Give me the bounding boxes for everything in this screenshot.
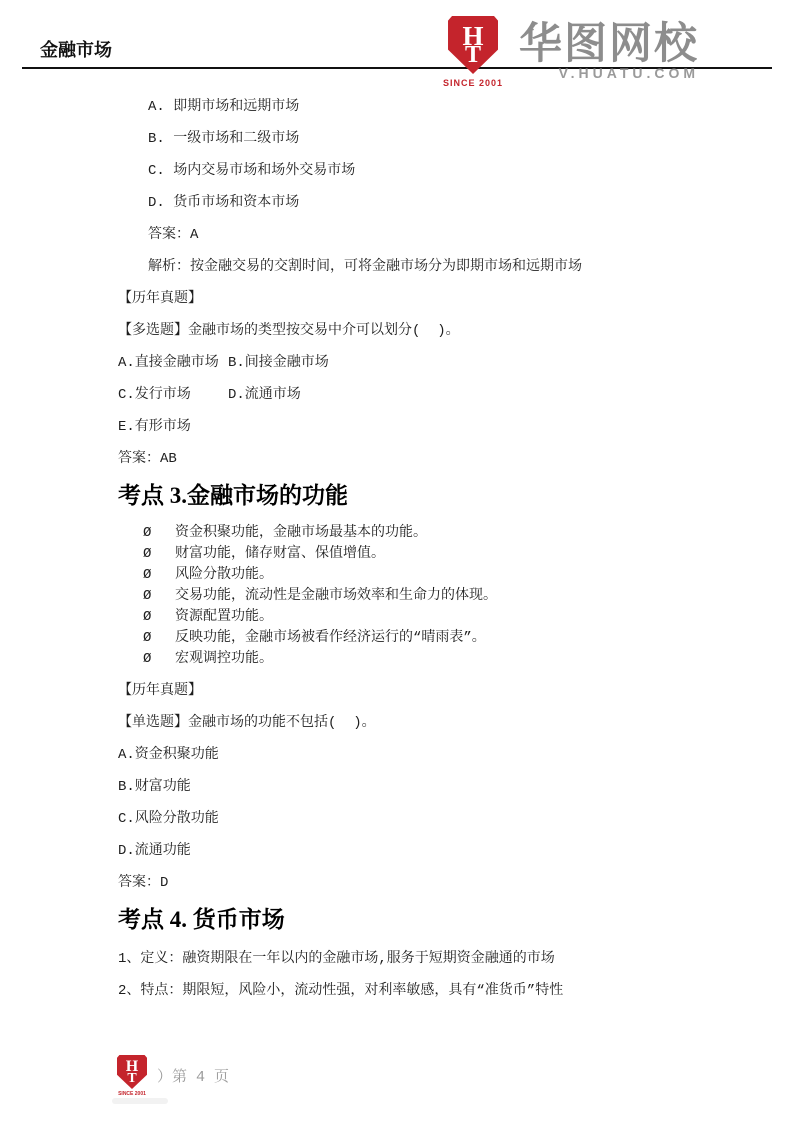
page-number: ）第 4 页 [157,1065,229,1086]
list-item: Ø 交易功能，流动性是金融市场效率和生命力的体现。 [143,586,793,607]
list-item: Ø 资金积聚功能，金融市场最基本的功能。 [143,523,793,544]
arrow-bullet-icon: Ø [143,607,175,628]
option-line: C.风险分散功能 [0,809,793,829]
footer: H T SINCE 2001 ）第 4 页 [117,1055,229,1097]
option-row: A.直接金融市场 B.间接金融市场 [0,353,793,373]
option-cell: C.发行市场 [118,385,228,405]
arrow-bullet-icon: Ø [143,565,175,586]
list-item: Ø 反映功能，金融市场被看作经济运行的“晴雨表”。 [143,628,793,649]
bullet-text: 宏观调控功能。 [175,649,273,670]
document-body: A. 即期市场和远期市场 B. 一级市场和二级市场 C. 场内交易市场和场外交易… [0,97,793,1013]
bullet-text: 资源配置功能。 [175,607,273,628]
option-line: D. 货币市场和资本市场 [0,193,793,213]
option-cell: B.间接金融市场 [228,353,329,373]
answer-line: 答案：D [0,873,793,893]
option-cell: E.有形市场 [118,417,228,437]
header-logo: H T SINCE 2001 华图网校 V.HUATU.COM [443,16,699,88]
bullet-text: 风险分散功能。 [175,565,273,586]
bullet-text: 反映功能，金融市场被看作经济运行的“晴雨表”。 [175,628,486,649]
arrow-bullet-icon: Ø [143,544,175,565]
since-label: SINCE 2001 [443,78,503,88]
list-item: Ø 风险分散功能。 [143,565,793,586]
brand-block: 华图网校 V.HUATU.COM [519,22,699,81]
option-line: A.资金积聚功能 [0,745,793,765]
footer-smudge [112,1098,168,1104]
bullet-text: 交易功能，流动性是金融市场效率和生命力的体现。 [175,586,497,607]
list-item: Ø 宏观调控功能。 [143,649,793,670]
arrow-bullet-icon: Ø [143,586,175,607]
monogram-t: T [127,1073,136,1084]
bullet-text: 资金积聚功能，金融市场最基本的功能。 [175,523,427,544]
arrow-bullet-icon: Ø [143,628,175,649]
monogram-t: T [465,46,481,64]
question-stem: 【多选题】金融市场的类型按交易中介可以划分( )。 [0,321,793,341]
arrow-bullet-icon: Ø [143,523,175,544]
analysis-line: 解析：按金融交易的交割时间，可将金融市场分为即期市场和远期市场 [0,257,793,277]
answer-line: 答案：AB [0,449,793,469]
huatu-shield-icon: H T [117,1055,147,1089]
huatu-shield-block: H T SINCE 2001 [443,16,503,88]
option-line: B. 一级市场和二级市场 [0,129,793,149]
answer-line: 答案：A [0,225,793,245]
question-stem: 【单选题】金融市场的功能不包括( )。 [0,713,793,733]
option-row: E.有形市场 [0,417,793,437]
option-line: C. 场内交易市场和场外交易市场 [0,161,793,181]
kaodian-4-heading: 考点 4. 货币市场 [0,905,793,935]
list-item: Ø 资源配置功能。 [143,607,793,628]
feature-line: 2、特点：期限短，风险小，流动性强，对利率敏感，具有“准货币”特性 [0,981,793,1001]
list-item: Ø 财富功能，储存财富、保值增值。 [143,544,793,565]
since-label: SINCE 2001 [118,1091,146,1097]
option-cell: A.直接金融市场 [118,353,228,373]
definition-line: 1、定义：融资期限在一年以内的金融市场,服务于短期资金融通的市场 [0,949,793,969]
option-cell: D.流通市场 [228,385,301,405]
bullet-text: 财富功能，储存财富、保值增值。 [175,544,385,565]
option-row: C.发行市场 D.流通市场 [0,385,793,405]
page-title: 金融市场 [40,36,112,62]
arrow-bullet-icon: Ø [143,649,175,670]
huatu-shield-icon: H T [448,16,498,74]
kaodian-3-heading: 考点 3.金融市场的功能 [0,481,793,511]
option-line: D.流通功能 [0,841,793,861]
footer-logo: H T SINCE 2001 [117,1055,147,1097]
section-tag: 【历年真题】 [0,681,793,701]
section-tag: 【历年真题】 [0,289,793,309]
option-line: B.财富功能 [0,777,793,797]
bullet-list: Ø 资金积聚功能，金融市场最基本的功能。 Ø 财富功能，储存财富、保值增值。 Ø… [0,523,793,670]
option-line: A. 即期市场和远期市场 [0,97,793,117]
brand-name: 华图网校 [519,22,699,66]
